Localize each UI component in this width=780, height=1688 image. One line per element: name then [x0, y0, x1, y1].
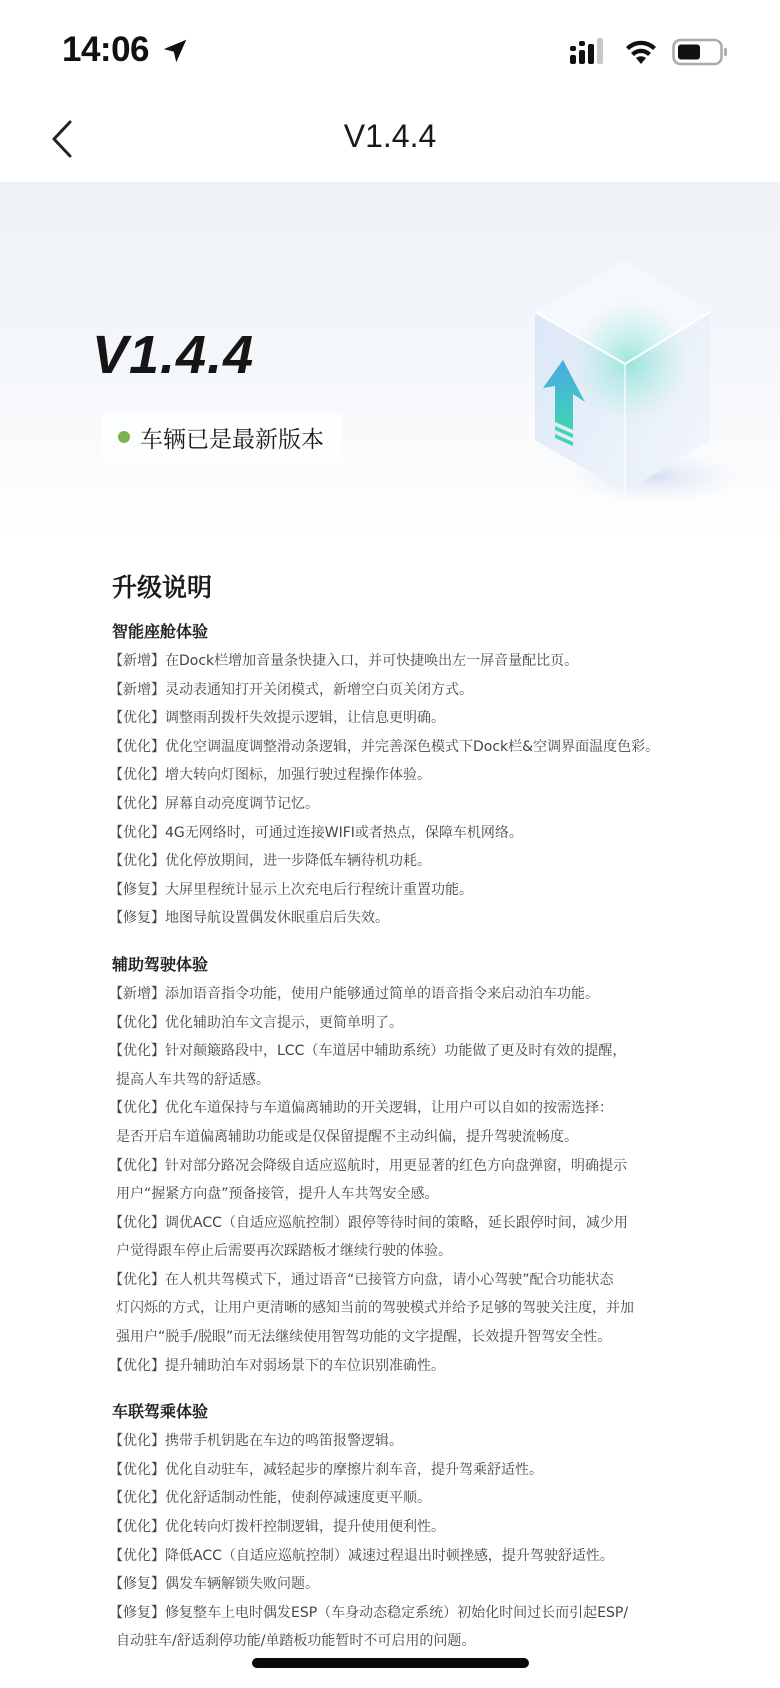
list-item: 【优化】屏幕自动亮度调节记忆。 — [112, 790, 732, 819]
group-title: 车联驾乘体验 — [112, 1398, 732, 1426]
item-text: 增大转向灯图标，加强行驶过程操作体验。 — [165, 767, 431, 783]
item-text: 针对部分路况会降级自适应巡航时，用更显著的红色方向盘弹窗，明确提示 — [165, 1158, 627, 1174]
item-text: 屏幕自动亮度调节记忆。 — [165, 796, 319, 812]
item-tag: 【优化】 — [109, 1015, 165, 1031]
item-text: 在人机共驾模式下，通过语音“已接管方向盘，请小心驾驶”配合功能状态 — [165, 1272, 614, 1288]
item-text: 优化停放期间，进一步降低车辆待机功耗。 — [165, 853, 431, 869]
item-tag: 【优化】 — [109, 767, 165, 783]
list-item: 【新增】添加语音指令功能，使用户能够通过简单的语音指令来启动泊车功能。 — [112, 980, 732, 1009]
list-item: 【修复】地图导航设置偶发休眠重启后失效。 — [112, 904, 732, 933]
item-text-cont: 是否开启车道偏离辅助功能或是仅保留提醒不主动纠偏，提升驾驶流畅度。 — [112, 1123, 732, 1152]
list-item: 【修复】大屏里程统计显示上次充电后行程统计重置功能。 — [112, 876, 732, 905]
item-text: 在Dock栏增加音量条快捷入口，并可快捷唤出左一屏音量配比页。 — [165, 653, 578, 669]
item-tag: 【优化】 — [109, 1490, 165, 1506]
notes-group-assisted-driving: 辅助驾驶体验 【新增】添加语音指令功能，使用户能够通过简单的语音指令来启动泊车功… — [112, 951, 732, 1380]
list-item: 【优化】优化辅助泊车文言提示，更简单明了。 — [112, 1009, 732, 1038]
list-item: 【优化】优化空调温度调整滑动条逻辑，并完善深色模式下Dock栏&空调界面温度色彩… — [112, 733, 732, 762]
item-text: 灵动表通知打开关闭模式，新增空白页关闭方式。 — [165, 682, 473, 698]
group-title: 辅助驾驶体验 — [112, 951, 732, 979]
item-tag: 【优化】 — [109, 710, 165, 726]
status-dot-icon — [118, 431, 130, 443]
list-item: 【优化】针对颠簸路段中，LCC（车道居中辅助系统）功能做了更及时有效的提醒，提高… — [112, 1037, 732, 1094]
list-item: 【优化】优化停放期间，进一步降低车辆待机功耗。 — [112, 847, 732, 876]
item-tag: 【修复】 — [109, 910, 165, 926]
item-tag: 【优化】 — [109, 853, 165, 869]
list-item: 【新增】在Dock栏增加音量条快捷入口，并可快捷唤出左一屏音量配比页。 — [112, 647, 732, 676]
item-tag: 【优化】 — [109, 1433, 165, 1449]
item-tag: 【修复】 — [109, 1605, 165, 1621]
item-tag: 【优化】 — [109, 1158, 165, 1174]
item-text-cont: 用户“握紧方向盘”预备接管，提升人车共驾安全感。 — [112, 1180, 732, 1209]
item-tag: 【优化】 — [109, 1358, 165, 1374]
item-tag: 【优化】 — [109, 1215, 165, 1231]
item-tag: 【优化】 — [109, 1462, 165, 1478]
item-tag: 【新增】 — [109, 986, 165, 1002]
upgrade-cube-icon — [505, 252, 745, 512]
list-item: 【优化】携带手机钥匙在车边的鸣笛报警逻辑。 — [112, 1427, 732, 1456]
item-tag: 【优化】 — [109, 1519, 165, 1535]
item-tag: 【新增】 — [109, 653, 165, 669]
item-text: 针对颠簸路段中，LCC（车道居中辅助系统）功能做了更及时有效的提醒， — [165, 1043, 626, 1059]
status-bar: 14:06 — [0, 0, 780, 100]
item-text-cont: 自动驻车/舒适刹停功能/单踏板功能暂时不可启用的问题。 — [112, 1627, 732, 1656]
list-item: 【优化】优化舒适制动性能，使刹停减速度更平顺。 — [112, 1484, 732, 1513]
item-text-cont: 提高人车共驾的舒适感。 — [112, 1066, 732, 1095]
list-item: 【优化】调优ACC（自适应巡航控制）跟停等待时间的策略，延长跟停时间，减少用户觉… — [112, 1209, 732, 1266]
list-item: 【优化】提升辅助泊车对弱场景下的车位识别准确性。 — [112, 1352, 732, 1381]
item-text: 大屏里程统计显示上次充电后行程统计重置功能。 — [165, 882, 473, 898]
item-tag: 【优化】 — [109, 1548, 165, 1564]
item-text: 偶发车辆解锁失败问题。 — [165, 1576, 319, 1592]
list-item: 【优化】针对部分路况会降级自适应巡航时，用更显著的红色方向盘弹窗，明确提示用户“… — [112, 1152, 732, 1209]
item-text: 调优ACC（自适应巡航控制）跟停等待时间的策略，延长跟停时间，减少用 — [165, 1215, 628, 1231]
item-text-cont: 户觉得跟车停止后需要再次踩踏板才继续行驶的体验。 — [112, 1237, 732, 1266]
cellular-signal-icon — [570, 38, 610, 66]
item-text: 4G无网络时，可通过连接WIFI或者热点，保障车机网络。 — [165, 825, 523, 841]
item-text-cont: 强用户“脱手/脱眼”而无法继续使用智驾功能的文字提醒，长效提升智驾安全性。 — [112, 1323, 732, 1352]
group-title: 智能座舱体验 — [112, 618, 732, 646]
item-text: 优化舒适制动性能，使刹停减速度更平顺。 — [165, 1490, 431, 1506]
list-item: 【优化】增大转向灯图标，加强行驶过程操作体验。 — [112, 761, 732, 790]
item-tag: 【优化】 — [109, 1100, 165, 1116]
update-status-badge: 车辆已是最新版本 — [102, 412, 342, 462]
list-item: 【优化】降低ACC（自适应巡航控制）减速过程退出时顿挫感，提升驾驶舒适性。 — [112, 1542, 732, 1571]
release-notes: 升级说明 智能座舱体验 【新增】在Dock栏增加音量条快捷入口，并可快捷唤出左一… — [112, 568, 732, 1674]
list-item: 【优化】优化车道保持与车道偏离辅助的开关逻辑，让用户可以自如的按需选择：是否开启… — [112, 1094, 732, 1151]
item-tag: 【优化】 — [109, 1043, 165, 1059]
item-tag: 【优化】 — [109, 825, 165, 841]
version-number: V1.4.4 — [92, 324, 254, 386]
status-time: 14:06 — [62, 30, 149, 70]
list-item: 【优化】在人机共驾模式下，通过语音“已接管方向盘，请小心驾驶”配合功能状态灯闪烁… — [112, 1266, 732, 1352]
list-item: 【优化】4G无网络时，可通过连接WIFI或者热点，保障车机网络。 — [112, 819, 732, 848]
list-item: 【优化】调整雨刮拨杆失效提示逻辑，让信息更明确。 — [112, 704, 732, 733]
item-text: 优化辅助泊车文言提示，更简单明了。 — [165, 1015, 403, 1031]
version-hero: V1.4.4 车辆已是最新版本 — [0, 182, 780, 542]
item-text: 修复整车上电时偶发ESP（车身动态稳定系统）初始化时间过长而引起ESP/ — [165, 1605, 628, 1621]
item-tag: 【修复】 — [109, 882, 165, 898]
item-text: 降低ACC（自适应巡航控制）减速过程退出时顿挫感，提升驾驶舒适性。 — [165, 1548, 614, 1564]
battery-icon — [672, 38, 728, 66]
list-item: 【修复】偶发车辆解锁失败问题。 — [112, 1570, 732, 1599]
list-item: 【新增】灵动表通知打开关闭模式，新增空白页关闭方式。 — [112, 676, 732, 705]
list-item: 【修复】修复整车上电时偶发ESP（车身动态稳定系统）初始化时间过长而引起ESP/… — [112, 1599, 732, 1656]
item-text: 提升辅助泊车对弱场景下的车位识别准确性。 — [165, 1358, 445, 1374]
item-tag: 【优化】 — [109, 739, 165, 755]
item-text: 调整雨刮拨杆失效提示逻辑，让信息更明确。 — [165, 710, 445, 726]
item-text: 优化空调温度调整滑动条逻辑，并完善深色模式下Dock栏&空调界面温度色彩。 — [165, 739, 659, 755]
item-text: 优化车道保持与车道偏离辅助的开关逻辑，让用户可以自如的按需选择： — [165, 1100, 613, 1116]
item-text: 地图导航设置偶发休眠重启后失效。 — [165, 910, 389, 926]
item-text: 携带手机钥匙在车边的鸣笛报警逻辑。 — [165, 1433, 403, 1449]
notes-group-connected-ride: 车联驾乘体验 【优化】携带手机钥匙在车边的鸣笛报警逻辑。 【优化】优化自动驻车，… — [112, 1398, 732, 1656]
item-text-cont: 灯闪烁的方式，让用户更清晰的感知当前的驾驶模式并给予足够的驾驶关注度，并加 — [112, 1294, 732, 1323]
item-tag: 【优化】 — [109, 1272, 165, 1288]
item-text: 优化转向灯拨杆控制逻辑，提升使用便利性。 — [165, 1519, 445, 1535]
item-tag: 【修复】 — [109, 1576, 165, 1592]
page-title: V1.4.4 — [0, 118, 780, 155]
home-indicator[interactable] — [252, 1658, 529, 1668]
nav-bar: V1.4.4 — [0, 100, 780, 182]
location-arrow-icon — [160, 36, 190, 66]
notes-group-cabin: 智能座舱体验 【新增】在Dock栏增加音量条快捷入口，并可快捷唤出左一屏音量配比… — [112, 618, 732, 933]
list-item: 【优化】优化自动驻车，减轻起步的摩擦片刹车音，提升驾乘舒适性。 — [112, 1456, 732, 1485]
list-item: 【优化】优化转向灯拨杆控制逻辑，提升使用便利性。 — [112, 1513, 732, 1542]
wifi-icon — [624, 36, 658, 66]
item-text: 添加语音指令功能，使用户能够通过简单的语音指令来启动泊车功能。 — [165, 986, 599, 1002]
update-status-text: 车辆已是最新版本 — [140, 421, 324, 454]
item-tag: 【优化】 — [109, 796, 165, 812]
item-tag: 【新增】 — [109, 682, 165, 698]
item-text: 优化自动驻车，减轻起步的摩擦片刹车音，提升驾乘舒适性。 — [165, 1462, 543, 1478]
release-notes-title: 升级说明 — [112, 568, 732, 604]
